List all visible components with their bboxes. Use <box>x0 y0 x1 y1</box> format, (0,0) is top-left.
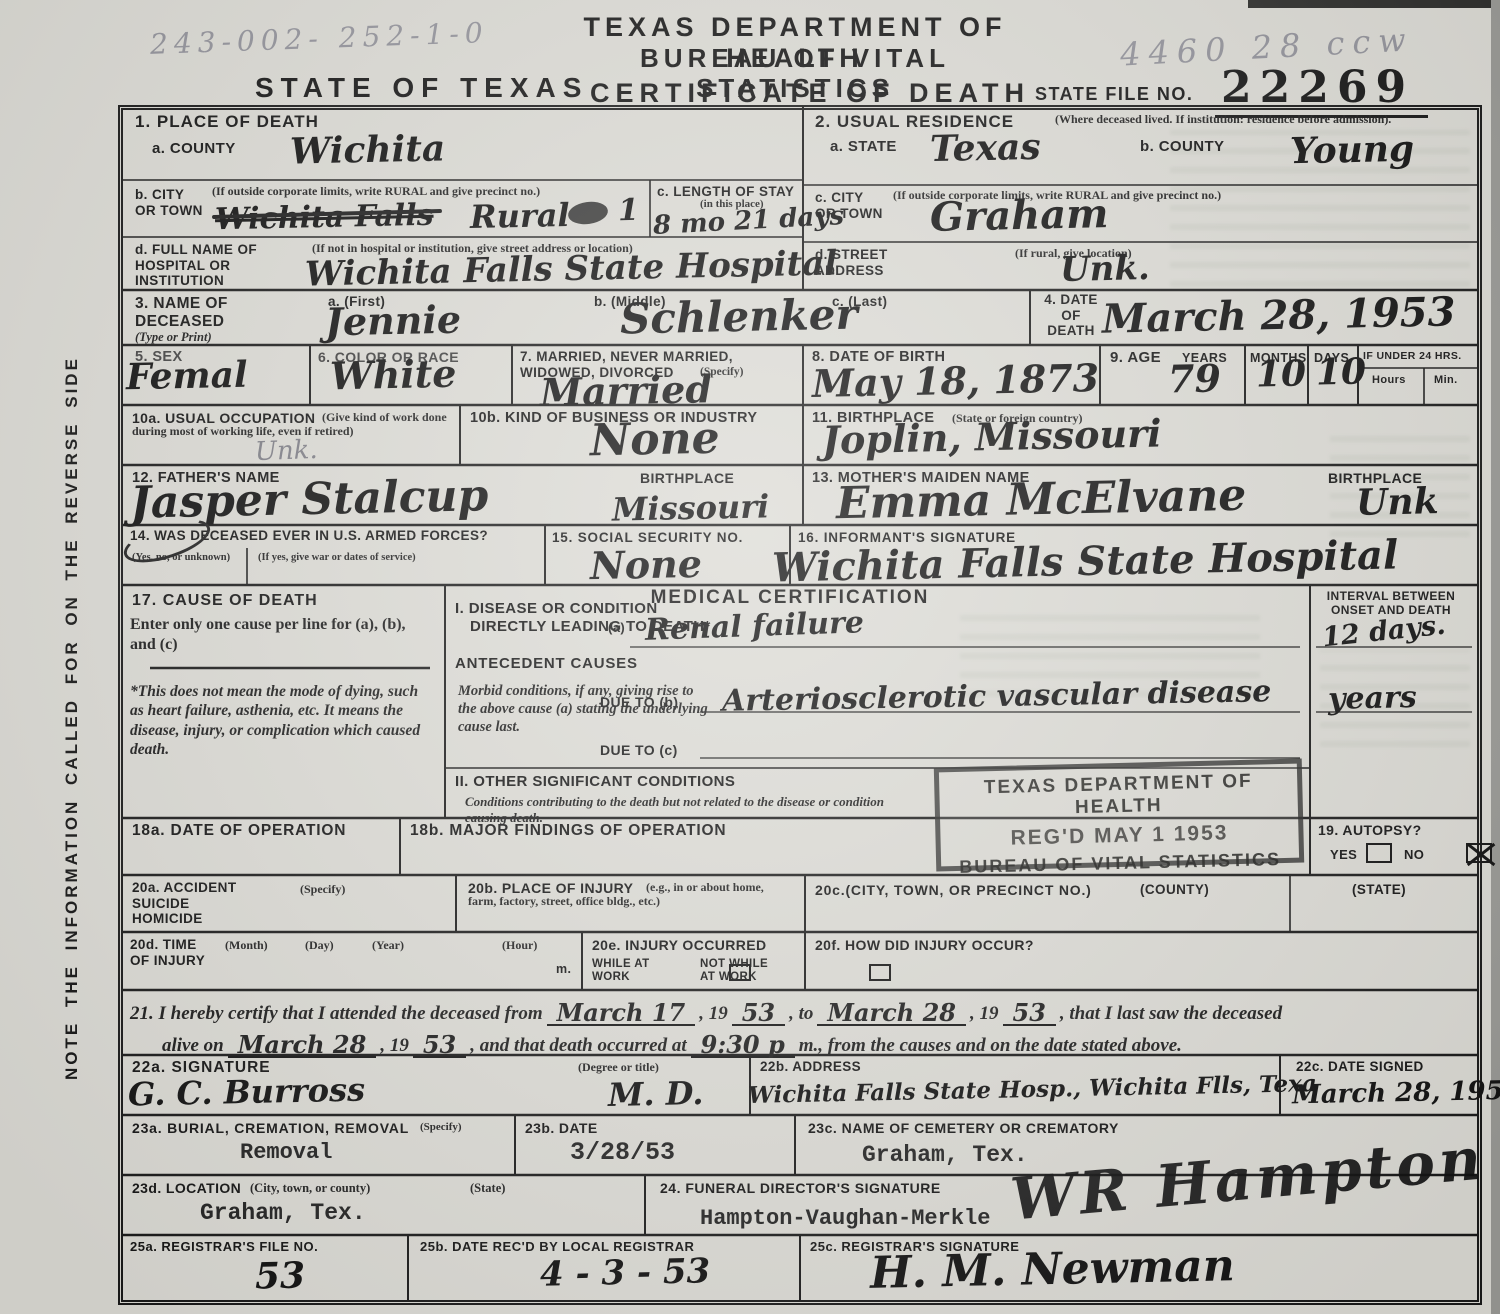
how-did-injury-occur-label: 20f. HOW DID INJURY OCCUR? <box>815 937 1034 953</box>
certify-text-5: , that I last saw the deceased <box>1060 1003 1282 1024</box>
injury-occurred-label: 20e. INJURY OCCURRED <box>592 937 767 953</box>
not-while-at-work-checkbox <box>869 964 891 981</box>
residence-city-value: Graham <box>930 194 1109 238</box>
name-of-deceased-title: 3. NAME OF DECEASED <box>135 295 255 331</box>
burial-removal-value: Removal <box>240 1140 332 1165</box>
residence-state-value: Texas <box>930 129 1041 167</box>
first-name-value: Jennie <box>325 301 462 342</box>
armed-forces-hint2: (If yes, give war or dates of service) <box>258 552 538 565</box>
injury-state-label: (STATE) <box>1352 882 1406 898</box>
stamp-line1: TEXAS DEPARTMENT OF HEALTH <box>939 770 1298 823</box>
usual-residence-hint: (Where deceased lived. If institution: r… <box>1055 112 1455 126</box>
precinct-value: 1 <box>618 196 639 226</box>
accident-specify-hint: (Specify) <box>300 882 345 896</box>
interval-b-value: years <box>1328 683 1417 715</box>
due-to-b-label: DUE TO (b) <box>600 694 678 710</box>
father-birthplace-value: Missouri <box>612 490 770 525</box>
cause-of-death-label: 17. CAUSE OF DEATH <box>132 592 318 610</box>
usual-occupation-value: Unk. <box>254 435 318 467</box>
autopsy-no-label: NO <box>1404 848 1424 863</box>
major-findings-label: 18b. MAJOR FINDINGS OF OPERATION <box>410 822 726 840</box>
cemetery-name-value: Graham, Tex. <box>862 1142 1028 1168</box>
autopsy-label: 19. AUTOPSY? <box>1318 822 1422 838</box>
date-of-death-label: 4. DATE OF DEATH <box>1040 292 1102 339</box>
autopsy-yes-label: YES <box>1330 848 1357 863</box>
burial-location-value: Graham, Tex. <box>200 1200 366 1226</box>
registrar-signature-value: H. M. Newman <box>870 1244 1236 1296</box>
date-of-death-value: March 28, 1953 <box>1102 292 1456 339</box>
father-birthplace-label: BIRTHPLACE <box>640 470 734 486</box>
burial-location-hint: (City, town, or county) <box>250 1181 370 1196</box>
county-value: Wichita <box>290 130 446 169</box>
time-of-injury-label: 20d. TIME OF INJURY <box>130 937 215 968</box>
degree-or-title-hint: (Degree or title) <box>578 1060 659 1074</box>
certify-text-4: , 19 <box>970 1003 999 1024</box>
cause-of-death-note1: Enter only one cause per line for (a), (… <box>130 615 430 655</box>
certify-text-8: , and that death occurred at <box>470 1035 686 1056</box>
autopsy-yes-checkbox <box>1366 843 1392 863</box>
registrar-file-no-value: 53 <box>255 1257 306 1294</box>
age-label: 9. AGE <box>1110 349 1161 366</box>
burial-date-value: 3/28/53 <box>570 1138 675 1167</box>
residence-county-value: Young <box>1290 131 1415 170</box>
date-signed-label: 22c. DATE SIGNED <box>1296 1059 1424 1075</box>
hours-label: Hours <box>1372 374 1406 387</box>
ssn-value: None <box>590 545 703 585</box>
cause-a-value: Renal failure <box>645 608 865 646</box>
autopsy-no-checkbox-checked <box>1466 843 1492 863</box>
min-label: Min. <box>1434 374 1458 387</box>
pencil-notation-left: 243-002- 252-1-0 <box>150 16 490 61</box>
city-or-town-hint: (If outside corporate limits, write RURA… <box>212 184 557 198</box>
city-rural-value: Rural <box>470 199 570 233</box>
street-address-value: Unk. <box>1060 251 1150 287</box>
injury-county-label: (COUNTY) <box>1140 882 1209 898</box>
age-days-value: 10 <box>1316 353 1367 390</box>
injury-m-label: m. <box>556 962 571 976</box>
residence-state-label: a. STATE <box>830 138 897 155</box>
residence-county-label: b. COUNTY <box>1140 138 1224 155</box>
certify-text-2: , 19 <box>699 1003 728 1024</box>
funeral-home-typed-value: Hampton-Vaughan-Merkle <box>700 1206 990 1231</box>
state-of-texas-heading: STATE OF TEXAS <box>255 72 588 104</box>
while-at-work-label: WHILE AT WORK <box>592 958 664 984</box>
attended-from-year: 53 <box>732 1002 785 1026</box>
state-file-no-label: STATE FILE NO. <box>1035 84 1193 105</box>
hospital-name-label: d. FULL NAME OF HOSPITAL OR INSTITUTION <box>135 242 310 289</box>
registrar-file-no-label: 25a. REGISTRAR'S FILE NO. <box>130 1240 318 1255</box>
last-alive-year: 53 <box>413 1034 466 1058</box>
business-industry-value: None <box>590 417 720 464</box>
color-or-race-value: White <box>330 355 457 396</box>
cemetery-name-label: 23c. NAME OF CEMETERY OR CREMATORY <box>808 1120 1119 1136</box>
burial-state-hint: (State) <box>470 1181 505 1196</box>
usual-occupation-hint: (Give kind of work done during most of w… <box>132 410 452 439</box>
burial-location-label: 23d. LOCATION <box>132 1180 241 1196</box>
date-of-operation-label: 18a. DATE OF OPERATION <box>132 822 346 840</box>
certify-text-7: , 19 <box>380 1035 409 1056</box>
cause-of-death-note2: *This does not mean the mode of dying, s… <box>130 682 430 760</box>
scan-edge-top <box>1248 0 1500 8</box>
age-years-value: 79 <box>1168 359 1222 398</box>
physician-signature-value: G. C. Burross <box>128 1074 366 1111</box>
attended-to-date: March 28 <box>817 1002 966 1026</box>
injury-hour-hint: (Hour) <box>502 938 537 952</box>
antecedent-causes-label: ANTECEDENT CAUSES <box>455 655 638 672</box>
hospital-name-value: Wichita Falls State Hospital <box>305 246 838 291</box>
accident-suicide-homicide-label: 20a. ACCIDENT SUICIDE HOMICIDE <box>132 880 262 927</box>
type-or-print-hint: (Type or Print) <box>135 330 212 346</box>
date-recd-value: 4 - 3 - 53 <box>540 1254 711 1292</box>
under-24hrs-label: IF UNDER 24 HRS. <box>1363 350 1475 362</box>
last-alive-date: March 28 <box>228 1034 377 1058</box>
last-name-value: Schlenker <box>620 294 858 341</box>
date-of-birth-value: May 18, 1873 <box>812 359 1100 403</box>
death-time-value: 9:30 p <box>691 1034 795 1058</box>
age-months-value: 10 <box>1256 355 1307 392</box>
attended-from-date: March 17 <box>547 1002 696 1026</box>
mothers-maiden-name-value: Emma McElvane <box>836 474 1247 527</box>
cause-a-label: (a) <box>608 621 625 636</box>
degree-value: M. D. <box>608 1077 704 1111</box>
certify-statement-line2: alive onMarch 28, 1953, and that death o… <box>162 1032 1472 1058</box>
fathers-name-value: Jasper Stalcup <box>130 474 489 525</box>
reverse-side-note: NOTE THE INFORMATION CALLED FOR ON THE R… <box>62 290 82 1080</box>
residence-city-label: c. CITY OR TOWN <box>815 190 887 221</box>
funeral-director-label: 24. FUNERAL DIRECTOR'S SIGNATURE <box>660 1180 941 1196</box>
marital-status-value: Married <box>540 370 713 412</box>
injury-year-hint: (Year) <box>372 938 404 952</box>
physician-address-label: 22b. ADDRESS <box>760 1059 861 1075</box>
sex-value: Femal <box>126 357 248 396</box>
burial-specify-hint: (Specify) <box>420 1121 462 1134</box>
other-conditions-label: II. OTHER SIGNIFICANT CONDITIONS <box>455 773 735 790</box>
street-address-label: d. STREET ADDRESS <box>815 247 920 278</box>
due-to-c-label: DUE TO (c) <box>600 742 678 758</box>
certify-text-3: , to <box>789 1003 813 1024</box>
attended-to-year: 53 <box>1003 1002 1056 1026</box>
injury-city-label: 20c.(CITY, TOWN, OR PRECINCT NO.) <box>815 882 1092 898</box>
not-while-at-work-label: NOT WHILE AT WORK <box>700 958 780 984</box>
disease-condition-label-line1: I. DISEASE OR CONDITION <box>455 600 658 617</box>
burial-date-label: 23b. DATE <box>525 1120 598 1136</box>
certify-text-9: m., from the causes and on the date stat… <box>799 1035 1182 1056</box>
burial-removal-label: 23a. BURIAL, CREMATION, REMOVAL <box>132 1120 409 1136</box>
county-label: a. COUNTY <box>152 140 236 157</box>
scan-edge-right <box>1491 0 1500 1314</box>
injury-day-hint: (Day) <box>305 938 334 952</box>
date-signed-value: March 28, 1953 <box>1292 1078 1500 1109</box>
certify-statement-line1: 21. I hereby certify that I attended the… <box>130 1000 1475 1026</box>
stamp-line2: REG'D MAY 1 1953 <box>940 820 1298 853</box>
certify-text-6: alive on <box>162 1035 224 1056</box>
place-of-death-title: 1. PLACE OF DEATH <box>135 112 319 132</box>
death-certificate-scan: 243-002- 252-1-0 4460 28 ccw STATE OF TE… <box>0 0 1500 1314</box>
city-or-town-label: b. CITY OR TOWN <box>135 187 207 218</box>
place-of-injury-hint: (e.g., in or about home, farm, factory, … <box>468 880 793 909</box>
certify-text-1: 21. I hereby certify that I attended the… <box>130 1003 543 1024</box>
registration-stamp: TEXAS DEPARTMENT OF HEALTH REG'D MAY 1 1… <box>934 759 1304 872</box>
birthplace-value: Joplin, Missouri <box>822 414 1162 459</box>
injury-month-hint: (Month) <box>225 938 268 952</box>
mother-birthplace-value: Unk <box>1356 483 1439 521</box>
